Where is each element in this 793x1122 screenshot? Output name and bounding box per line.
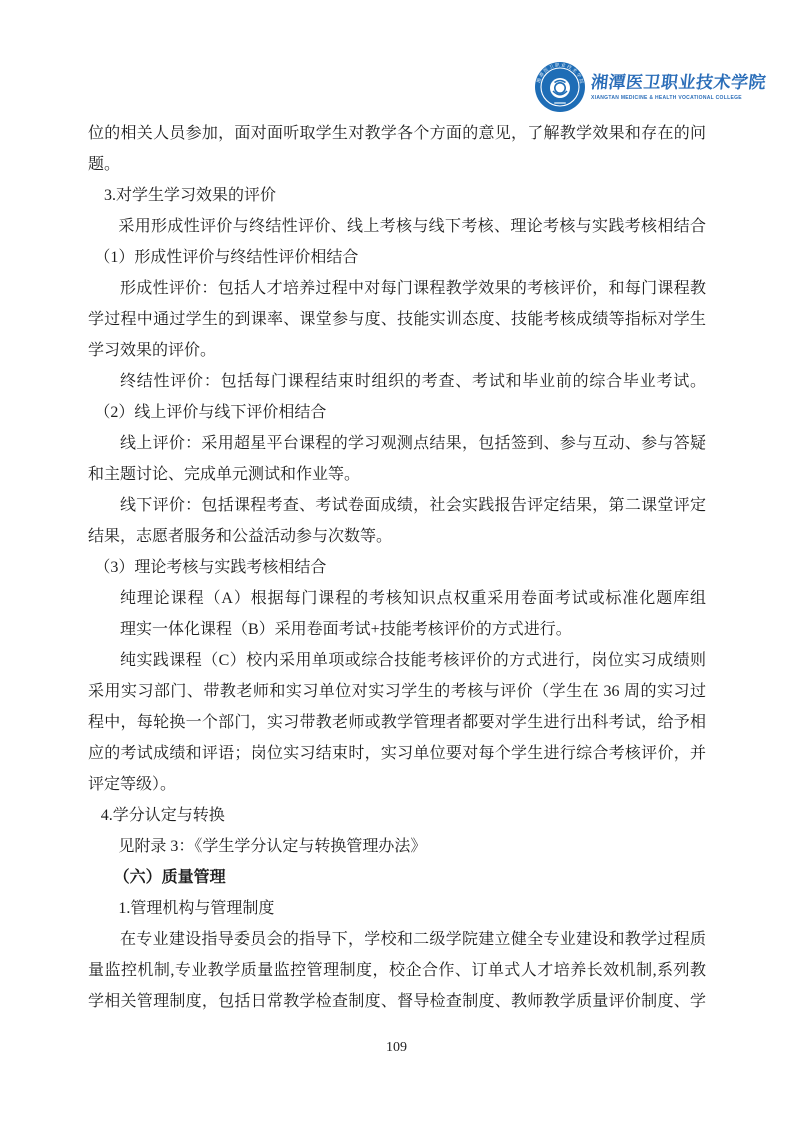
text-line: 线下评价：包括课程考查、考试卷面成绩，社会实践报告评定结果，第二课堂评定 (88, 490, 706, 521)
college-name-en: XIANGTAN MEDICINE & HEALTH VOCATIONAL CO… (591, 95, 766, 101)
text-line: 3.对学生学习效果的评价 (88, 180, 706, 211)
document-page: 湘潭医卫职业技术学院 湘潭医卫职业技术学院 XIANGTAN MEDICINE … (0, 0, 793, 1122)
text-line: 程中，每轮换一个部门，实习带教老师或教学管理者都要对学生进行出科考试，给予相 (88, 707, 706, 738)
document-body: 位的相关人员参加，面对面听取学生对教学各个方面的意见，了解教学效果和存在的问题。… (88, 118, 706, 1017)
college-name-zh: 湘潭医卫职业技术学院 (590, 73, 767, 93)
text-line: （3）理论考核与实践考核相结合 (88, 552, 706, 583)
page-number: 109 (0, 1040, 793, 1056)
text-line: 采用形成性评价与终结性评价、线上考核与线下考核、理论考核与实践考核相结合 (88, 211, 706, 242)
text-line: （2）线上评价与线下评价相结合 (88, 397, 706, 428)
text-line: 位的相关人员参加，面对面听取学生对教学各个方面的意见，了解教学效果和存在的问 (88, 118, 706, 149)
text-line: （六）质量管理 (88, 862, 706, 893)
text-line: 量监控机制,专业教学质量监控管理制度，校企合作、订单式人才培养长效机制,系列教 (88, 955, 706, 986)
text-line: 结果，志愿者服务和公益活动参与次数等。 (88, 521, 706, 552)
text-line: 理实一体化课程（B）采用卷面考试+技能考核评价的方式进行。 (88, 614, 706, 645)
text-line: 形成性评价：包括人才培养过程中对每门课程教学效果的考核评价，和每门课程教 (88, 273, 706, 304)
college-name-block: 湘潭医卫职业技术学院 XIANGTAN MEDICINE & HEALTH VO… (591, 73, 766, 101)
text-line: 见附录 3：《学生学分认定与转换管理办法》 (88, 831, 706, 862)
text-line: 纯理论课程（A）根据每门课程的考核知识点权重采用卷面考试或标准化题库组卷。 (88, 583, 706, 614)
college-logo: 湘潭医卫职业技术学院 湘潭医卫职业技术学院 XIANGTAN MEDICINE … (534, 60, 692, 114)
text-line: 在专业建设指导委员会的指导下，学校和二级学院建立健全专业建设和教学过程质 (88, 924, 706, 955)
text-line: 学过程中通过学生的到课率、课堂参与度、技能实训态度、技能考核成绩等指标对学生 (88, 304, 706, 335)
text-line: 1.管理机构与管理制度 (88, 893, 706, 924)
text-line: 纯实践课程（C）校内采用单项或综合技能考核评价的方式进行，岗位实习成绩则 (88, 645, 706, 676)
text-line: 应的考试成绩和评语；岗位实习结束时，实习单位要对每个学生进行综合考核评价，并 (88, 738, 706, 769)
college-emblem-icon: 湘潭医卫职业技术学院 (534, 61, 586, 113)
text-line: 和主题讨论、完成单元测试和作业等。 (88, 459, 706, 490)
text-line: 学相关管理制度，包括日常教学检查制度、督导检查制度、教师教学质量评价制度、学 (88, 986, 706, 1017)
text-line: （1）形成性评价与终结性评价相结合 (88, 242, 706, 273)
text-line: 采用实习部门、带教老师和实习单位对实习学生的考核与评价（学生在 36 周的实习过 (88, 676, 706, 707)
text-line: 题。 (88, 149, 706, 180)
text-line: 评定等级）。 (88, 769, 706, 800)
text-line: 终结性评价：包括每门课程结束时组织的考查、考试和毕业前的综合毕业考试。 (88, 366, 706, 397)
text-line: 4.学分认定与转换 (88, 800, 706, 831)
text-line: 学习效果的评价。 (88, 335, 706, 366)
text-line: 线上评价：采用超星平台课程的学习观测点结果，包括签到、参与互动、参与答疑 (88, 428, 706, 459)
